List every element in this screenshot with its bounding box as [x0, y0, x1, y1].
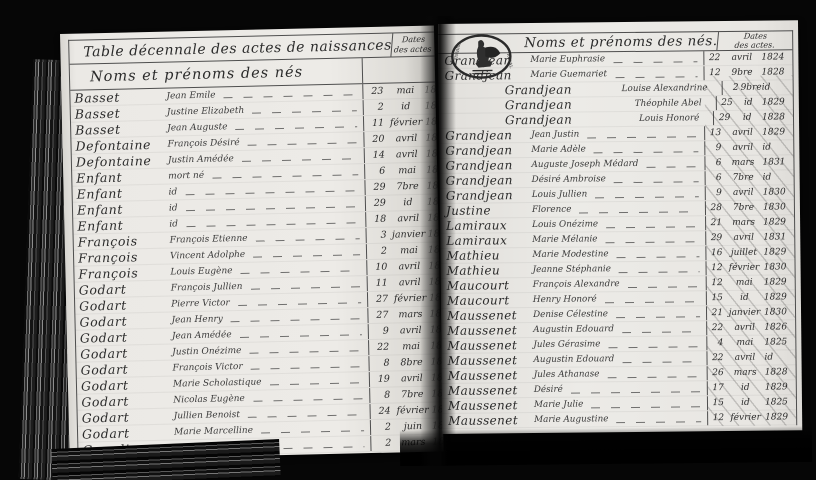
given-name-text: Justine Elizabeth [167, 105, 245, 117]
surname-text: Godart [75, 313, 171, 330]
date-day: 18 [366, 214, 389, 226]
date-cell: 6 mai 18 [364, 162, 437, 179]
given-name-text: Marie Guemariet [530, 70, 607, 81]
date-day: 29 [366, 198, 389, 210]
given-name-text: Jean Emile [166, 90, 215, 101]
surname-text: Defontaine [72, 153, 168, 170]
surname-text: Lamiraux [440, 218, 532, 233]
date-month: id [725, 293, 764, 303]
surname-text: Enfant [73, 201, 169, 218]
given-name-text: Jules Athanase [534, 370, 600, 381]
date-month: avril [723, 143, 762, 153]
given-name-text: Marie Julie [534, 400, 583, 411]
dash-filler [236, 126, 358, 130]
date-day: 12 [707, 278, 725, 288]
date-day: 16 [706, 248, 724, 258]
date-cell: 8 8bre 18 [368, 354, 441, 371]
dash-filler [622, 331, 700, 333]
right-page: TIMBRE ROYAL Noms et prénoms des nés. Da… [438, 20, 802, 434]
given-name-text: Justin Onézime [172, 345, 241, 357]
dash-filler [186, 206, 359, 211]
date-day: 29 [706, 233, 724, 243]
surname-text: Godart [78, 425, 174, 442]
surname-text: Basset [71, 105, 167, 122]
date-month: 8bre [392, 357, 430, 369]
date-month: février [394, 405, 432, 417]
dash-filler [252, 110, 357, 114]
dash-filler [242, 158, 358, 162]
date-month: avril [392, 325, 430, 337]
date-year: id [762, 143, 793, 153]
given-name-text: Louise Alexandrine [622, 84, 708, 95]
date-year-clipped: 18 [429, 308, 440, 319]
given-name-text: Augustin Edouard [533, 325, 614, 336]
date-year: 1831 [762, 158, 793, 168]
date-year: 1829 [764, 278, 795, 288]
dash-filler [595, 196, 699, 198]
dash-filler [571, 391, 701, 394]
date-month: mai [390, 245, 428, 257]
date-year: 1830 [764, 308, 795, 318]
date-cell: 29 id 1828 [713, 111, 793, 126]
dash-filler [606, 226, 699, 228]
dash-filler [608, 376, 701, 378]
date-cell: 20 avril 18 [363, 130, 436, 147]
date-year-clipped: 18 [430, 340, 441, 351]
given-name-text: id [169, 187, 178, 197]
date-cell: 15 id 1825 [707, 396, 796, 411]
left-page-title: Table décennale des actes de naissances [69, 37, 392, 60]
date-year: 1829 [762, 128, 793, 138]
given-name-text: Justin Amédée [168, 154, 234, 165]
surname-text: Grandjean [439, 112, 639, 128]
date-month: 9bre [722, 68, 761, 78]
given-name-text: id [169, 203, 178, 213]
dash-filler [613, 61, 697, 63]
date-month: 7bre [388, 181, 426, 193]
date-cell: 9 avril 18 [368, 322, 441, 339]
surname-text: Maussenet [442, 398, 534, 413]
dash-filler [606, 241, 700, 243]
given-name-text: Marie Euphrasie [530, 55, 605, 66]
given-name-text: Marie Scholastique [173, 377, 262, 389]
date-year: 1828 [761, 68, 792, 78]
given-name-text: Théophile Abel [635, 99, 702, 110]
dash-filler [579, 211, 699, 214]
surname-text: Enfant [73, 217, 169, 234]
date-day: 2 [371, 422, 394, 434]
date-cell: 8 7bre 18 [369, 386, 442, 403]
given-name-text: François Etienne [170, 233, 248, 245]
date-cell: 12 février 1830 [706, 261, 795, 276]
surname-text: Maussenet [441, 308, 533, 323]
date-cell: 6 mars 1831 [704, 156, 793, 171]
stamp-text-left: TIMBRE [453, 42, 461, 61]
surname-text: Maucourt [441, 278, 533, 293]
date-month: mars [724, 218, 763, 228]
date-cell: 2 9bre id [721, 81, 792, 96]
scanned-register-photo: { "left_page": { "header": { "title": "T… [0, 0, 816, 480]
date-cell: 22 avril 1826 [706, 321, 795, 336]
date-year: 1831 [763, 233, 794, 243]
date-month: avril [393, 373, 431, 385]
date-day: 11 [364, 118, 387, 130]
surname-text: Godart [75, 297, 171, 314]
date-year: 1830 [763, 188, 794, 198]
date-month: avril [387, 133, 425, 145]
date-cell: 17 id 1829 [707, 381, 796, 396]
surname-text: François [74, 249, 170, 266]
date-cell: 18 avril 18 [365, 210, 438, 227]
surname-text: Grandjean [439, 143, 531, 158]
given-name-text: Désiré Ambroise [532, 175, 606, 186]
dash-filler [619, 271, 700, 273]
left-page-rows: Basset Jean Emile 23 mai 18 Basset Justi… [70, 83, 443, 459]
left-page-subtitle: Noms et prénoms des nés [70, 63, 362, 86]
date-day: 6 [706, 173, 724, 183]
date-day: 22 [704, 53, 722, 63]
given-name-text: Vincent Adolphe [170, 249, 245, 261]
dash-filler [241, 270, 361, 274]
date-month: id [732, 113, 762, 123]
surname-text: Lamiraux [440, 233, 532, 248]
date-year: 1828 [765, 368, 796, 378]
date-month: mai [392, 341, 430, 353]
date-cell: 22 avril id [706, 351, 795, 366]
date-month: avril [725, 353, 764, 363]
date-month: mars [391, 309, 429, 321]
given-name-text: François Alexandre [533, 279, 620, 290]
surname-text: Grandjean [439, 128, 531, 143]
surname-text: Mathieu [440, 248, 532, 263]
surname-text: Grandjean [439, 97, 635, 113]
date-day: 6 [365, 166, 388, 178]
royal-revenue-stamp-icon: TIMBRE ROYAL [448, 32, 514, 81]
date-cell: 29 avril 1831 [705, 231, 794, 246]
date-cell: 10 avril 18 [366, 258, 439, 275]
date-day: 3 [367, 230, 390, 242]
date-month: mai [386, 85, 424, 97]
date-day: 22 [369, 342, 392, 354]
date-year: 1830 [763, 203, 794, 213]
date-year-clipped: 18 [431, 372, 442, 383]
dash-filler [270, 382, 363, 385]
dash-filler [622, 361, 700, 363]
surname-text: Godart [76, 361, 172, 378]
surname-text: Grandjean [439, 158, 531, 173]
date-cell: 11 février 18 [363, 114, 436, 131]
date-cell: 13 avril 1829 [704, 126, 793, 141]
date-month: avril [722, 53, 761, 63]
date-cell: 3 janvier 18 [365, 226, 438, 243]
date-year-clipped: 18 [428, 260, 439, 271]
surname-text: Enfant [72, 185, 168, 202]
surname-text: François [74, 233, 170, 250]
date-month: janvier [390, 229, 428, 241]
date-day: 17 [708, 383, 726, 393]
date-year-clipped: 18 [429, 276, 440, 287]
surname-text: Maucourt [441, 293, 533, 308]
dash-filler [238, 302, 361, 306]
given-name-text: Jean Auguste [167, 122, 228, 133]
date-year-clipped: 18 [426, 180, 437, 191]
date-day: 27 [368, 294, 391, 306]
date-month: juin [394, 421, 432, 433]
date-cell: 22 mai 18 [368, 338, 441, 355]
date-cell: 29 7bre 18 [364, 178, 437, 195]
given-name-text: Louis Jullien [532, 190, 588, 201]
left-date-column-spacer [362, 57, 436, 83]
surname-text: Maussenet [441, 323, 533, 338]
surname-text: Godart [77, 377, 173, 394]
date-cell: 15 id 1829 [706, 291, 795, 306]
dash-filler [251, 286, 361, 290]
date-day: 13 [705, 128, 723, 138]
date-cell: 11 avril 18 [367, 274, 440, 291]
date-year: id [764, 353, 795, 363]
given-name-text: Denise Célestine [533, 310, 608, 321]
date-year-clipped: 18 [425, 116, 436, 127]
date-cell: 21 mars 1829 [705, 216, 794, 231]
dash-filler [253, 254, 360, 258]
dash-filler [251, 366, 363, 370]
date-cell: 25 id 1829 [716, 96, 793, 111]
date-day: 8 [369, 358, 392, 370]
date-month: avril [390, 261, 428, 273]
dash-filler [185, 190, 358, 195]
date-month: février [391, 293, 429, 305]
table-row: Maussenet Marie Augustine 12 février 182… [442, 411, 796, 430]
given-name-text: Jean Amédée [172, 330, 232, 341]
given-name-text: Louis Honoré [639, 114, 699, 125]
surname-text: Maussenet [441, 353, 533, 368]
date-month: avril [391, 277, 429, 289]
surname-text: Godart [75, 281, 171, 298]
date-month: 7bre [724, 203, 763, 213]
date-year-clipped: 18 [429, 292, 440, 303]
given-name-text: Marie Mélanie [532, 235, 597, 246]
given-name-text: Jean Henry [171, 314, 223, 325]
dash-filler [617, 256, 700, 258]
date-year-clipped: 18 [430, 356, 441, 367]
dash-filler [256, 238, 360, 242]
date-day: 2 [367, 246, 390, 258]
given-name-text: Marie Augustine [534, 415, 608, 426]
surname-text: Maussenet [442, 383, 534, 398]
date-cell: 16 juillet 1829 [705, 246, 794, 261]
date-year: 1829 [763, 248, 794, 258]
date-month: avril [725, 323, 764, 333]
date-month: mars [726, 368, 765, 378]
dash-filler [594, 151, 699, 153]
date-month: id [726, 383, 765, 393]
date-day: 24 [371, 406, 394, 418]
given-name-text: mort né [168, 170, 204, 181]
date-day: 10 [367, 262, 390, 274]
date-cell: 23 mai 18 [362, 83, 435, 100]
date-month: mai [725, 278, 764, 288]
date-cell: 24 février 18 [369, 402, 442, 419]
date-month: mai [388, 165, 426, 177]
date-cell: 12 mai 1829 [706, 276, 795, 291]
given-name-text: Henry Honoré [533, 295, 597, 306]
dash-filler [253, 398, 363, 402]
surname-text: Maussenet [442, 368, 534, 383]
date-year: 1829 [765, 413, 796, 423]
date-cell: 9 avril id [704, 141, 793, 156]
date-year-clipped: 18 [428, 244, 439, 255]
date-cell: 2 mai 18 [366, 242, 439, 259]
date-year: 1830 [764, 263, 795, 273]
date-year-clipped: 18 [426, 148, 437, 159]
date-year-clipped: 18 [432, 436, 443, 447]
dash-filler [616, 316, 700, 318]
surname-text: Godart [78, 409, 174, 426]
dash-filler [248, 414, 364, 418]
surname-text: Basset [70, 89, 166, 106]
date-year-clipped: 18 [426, 164, 437, 175]
dash-filler [249, 350, 362, 354]
dash-filler [240, 334, 362, 338]
date-day: 20 [364, 134, 387, 146]
date-month: avril [724, 188, 763, 198]
date-day: 2 [364, 102, 387, 114]
date-year: 1826 [764, 323, 795, 333]
given-name-text: Jeanne Stéphanie [533, 265, 611, 276]
date-year: 1829 [762, 98, 793, 108]
date-day: 9 [705, 143, 723, 153]
date-year-clipped: 18 [431, 388, 442, 399]
date-cell: 14 avril 18 [364, 146, 437, 163]
given-name-text: Nicolas Eugène [173, 393, 245, 405]
date-day: 29 [365, 182, 388, 194]
date-month: 7bre [724, 173, 763, 183]
date-year: 1825 [765, 398, 796, 408]
date-year: 1829 [763, 218, 794, 228]
date-year-clipped: 18 [425, 132, 436, 143]
date-month: février [726, 413, 765, 423]
date-cell: 12 février 1829 [707, 411, 796, 426]
given-name-text: Marie Adèle [531, 145, 586, 156]
given-name-text: Jean Justin [531, 130, 579, 141]
given-name-text: Pierre Victor [171, 298, 230, 309]
surname-text: Maussenet [442, 413, 534, 428]
date-day: 2 [723, 83, 741, 93]
date-year-clipped: 18 [427, 196, 438, 207]
given-name-text: Marie Modestine [532, 250, 608, 261]
date-month: id [726, 398, 765, 408]
given-name-text: Louis Onézime [532, 220, 598, 231]
surname-text: Grandjean [440, 188, 532, 203]
right-page-table: TIMBRE ROYAL Noms et prénoms des nés. Da… [438, 30, 797, 429]
date-day: 14 [365, 150, 388, 162]
dash-filler [617, 421, 702, 423]
dash-filler [605, 301, 700, 303]
date-day: 29 [714, 113, 732, 123]
given-name-text: Florence [532, 205, 572, 215]
date-cell: 4 mai 1825 [706, 336, 795, 351]
date-month: avril [389, 213, 427, 225]
date-day: 22 [707, 323, 725, 333]
date-day: 22 [707, 353, 725, 363]
date-year: 1828 [762, 113, 793, 123]
dash-filler [212, 174, 358, 179]
date-cell: 27 mars 18 [367, 306, 440, 323]
date-day: 9 [706, 188, 724, 198]
date-cell: 22 avril 1824 [703, 51, 792, 66]
date-day: 2 [371, 438, 394, 450]
date-cell: 12 9bre 1828 [703, 66, 792, 81]
date-year-clipped: 18 [427, 212, 438, 223]
surname-text: Grandjean [440, 173, 532, 188]
surname-text: Mathieu [441, 263, 533, 278]
date-cell: 19 avril 18 [369, 370, 442, 387]
date-day: 15 [707, 293, 725, 303]
right-page-header-row: TIMBRE ROYAL Noms et prénoms des nés. Da… [438, 31, 792, 54]
dash-filler [231, 318, 362, 322]
given-name-text: Jules Gérasime [533, 340, 600, 351]
surname-text: Justine [440, 203, 532, 218]
surname-text: Godart [76, 345, 172, 362]
surname-text: François [74, 265, 170, 282]
date-year-clipped: 18 [425, 100, 436, 111]
date-month: avril [388, 149, 426, 161]
date-day: 12 [708, 413, 726, 423]
date-day: 8 [370, 390, 393, 402]
date-cell: 29 id 18 [365, 194, 438, 211]
date-month: mars [394, 437, 432, 449]
dash-filler [646, 166, 698, 168]
right-page-rows: Grandjean Marie Euphrasie 22 avril 1824 … [438, 51, 796, 430]
surname-text: Enfant [72, 169, 168, 186]
date-col-line1: Dates [744, 32, 768, 41]
date-year-clipped: 18 [428, 228, 439, 239]
date-cell: 9 avril 1830 [705, 186, 794, 201]
given-name-text: Augustin Edouard [533, 355, 614, 366]
surname-text: Grandjean [439, 82, 622, 98]
left-page: Table décennale des actes de naissances … [60, 26, 444, 460]
date-day: 23 [363, 86, 386, 98]
given-name-text: Louis Eugène [170, 266, 232, 277]
date-day: 11 [368, 278, 391, 290]
date-month: mars [723, 158, 762, 168]
date-month: 7bre [393, 389, 431, 401]
left-page-table: Table décennale des actes de naissances … [68, 32, 443, 459]
date-year: 1829 [765, 383, 796, 393]
given-name-text: François Jullien [171, 281, 243, 293]
date-year: id [763, 173, 794, 183]
date-month: avril [724, 233, 763, 243]
date-day: 12 [704, 68, 722, 78]
date-month: avril [723, 128, 762, 138]
surname-text: Godart [76, 329, 172, 346]
surname-text: Defontaine [71, 137, 167, 154]
date-month: février [387, 117, 425, 129]
dash-filler [587, 136, 698, 138]
date-day: 9 [369, 326, 392, 338]
date-cell: 28 7bre 1830 [705, 201, 794, 216]
given-name-text: Désiré [534, 385, 563, 395]
dash-filler [261, 430, 364, 434]
date-day: 25 [717, 98, 735, 108]
date-col-line2: des actes [394, 44, 433, 54]
date-day: 28 [706, 203, 724, 213]
date-month: 9bre [741, 83, 762, 93]
date-month: id [387, 101, 425, 113]
date-month: id [735, 98, 762, 108]
given-name-text: Auguste Joseph Médard [531, 159, 638, 170]
right-date-column-header: Dates des actes. [717, 31, 793, 50]
